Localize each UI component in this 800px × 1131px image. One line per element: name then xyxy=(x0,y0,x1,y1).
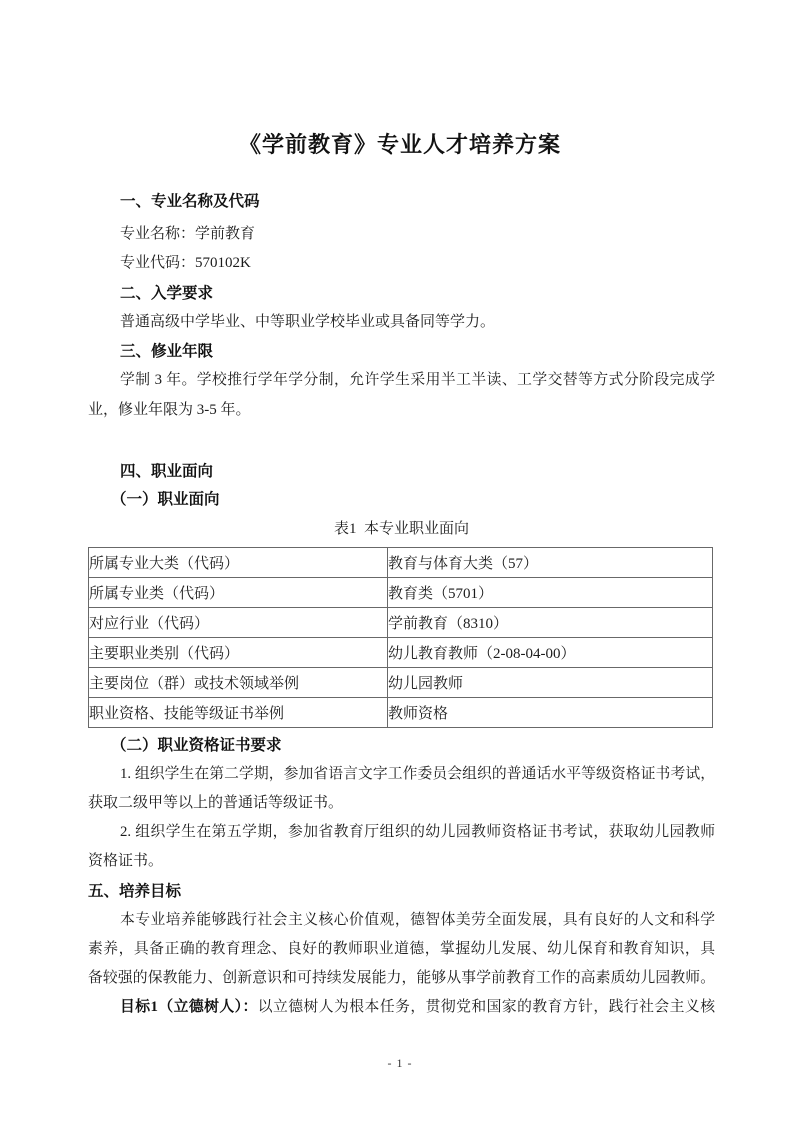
objective-para-line2: 素养，具备正确的教育理念、良好的教师职业道德，掌握幼儿发展、幼儿保育和教育知识，… xyxy=(88,939,715,960)
section4-sub1-heading: （一）职业面向 xyxy=(111,489,220,510)
table-row: 对应行业（代码） 学前教育（8310） xyxy=(89,608,713,638)
table-cell-label: 所属专业大类（代码） xyxy=(89,548,388,578)
major-name-line: 专业名称：学前教育 xyxy=(120,224,255,245)
table-cell-label: 所属专业类（代码） xyxy=(89,578,388,608)
section3-heading: 三、修业年限 xyxy=(120,341,213,362)
doc-title: 《学前教育》专业人才培养方案 xyxy=(0,128,800,159)
entry-requirement-line: 普通高级中学毕业、中等职业学校毕业或具备同等学力。 xyxy=(120,312,495,333)
table-caption: 表1 本专业职业面向 xyxy=(88,517,715,538)
table-row: 主要岗位（群）或技术领域举例 幼儿园教师 xyxy=(89,668,713,698)
table-cell-label: 主要岗位（群）或技术领域举例 xyxy=(89,668,388,698)
table-cell-value: 教师资格 xyxy=(388,698,713,728)
table-row: 主要职业类别（代码） 幼儿教育教师（2-08-04-00） xyxy=(89,638,713,668)
cert1-line1: 1. 组织学生在第二学期，参加省语言文字工作委员会组织的普通话水平等级资格证书考… xyxy=(88,764,715,785)
occupation-facing-table: 所属专业大类（代码） 教育与体育大类（57） 所属专业类（代码） 教育类（570… xyxy=(88,547,713,728)
section2-heading: 二、入学要求 xyxy=(120,283,213,304)
document-page: 《学前教育》专业人才培养方案 一、专业名称及代码 专业名称：学前教育 专业代码：… xyxy=(0,0,800,1131)
cert2-line2: 资格证书。 xyxy=(88,851,163,872)
table-cell-value: 教育类（5701） xyxy=(388,578,713,608)
cert1-line2: 获取二级甲等以上的普通话等级证书。 xyxy=(88,793,343,814)
cert2-line1: 2. 组织学生在第五学期，参加省教育厅组织的幼儿园教师资格证书考试，获取幼儿园教… xyxy=(88,822,715,843)
goal1-text: 以立德树人为根本任务，贯彻党和国家的教育方针，践行社会主义核 xyxy=(258,999,715,1015)
objective-para-line3: 备较强的保教能力、创新意识和可持续发展能力，能够从事学前教育工作的高素质幼儿园教… xyxy=(88,968,715,989)
table-row: 所属专业大类（代码） 教育与体育大类（57） xyxy=(89,548,713,578)
goal1-prefix: 目标1（立德树人）： xyxy=(120,999,258,1015)
section5-heading: 五、培养目标 xyxy=(88,881,181,902)
objective-para-line1: 本专业培养能够践行社会主义核心价值观，德智体美劳全面发展，具有良好的人文和科学 xyxy=(88,910,715,931)
page-number: - 1 - xyxy=(0,1056,800,1071)
table-cell-value: 学前教育（8310） xyxy=(388,608,713,638)
table-row: 职业资格、技能等级证书举例 教师资格 xyxy=(89,698,713,728)
table-cell-label: 职业资格、技能等级证书举例 xyxy=(89,698,388,728)
table-cell-value: 幼儿教育教师（2-08-04-00） xyxy=(388,638,713,668)
table-cell-value: 教育与体育大类（57） xyxy=(388,548,713,578)
table-cell-value: 幼儿园教师 xyxy=(388,668,713,698)
table-cell-label: 主要职业类别（代码） xyxy=(89,638,388,668)
major-code-line: 专业代码：570102K xyxy=(120,253,251,274)
goal1-line: 目标1（立德树人）：以立德树人为根本任务，贯彻党和国家的教育方针，践行社会主义核 xyxy=(88,997,715,1018)
study-period-line1: 学制 3 年。学校推行学年学分制，允许学生采用半工半读、工学交替等方式分阶段完成… xyxy=(88,370,715,391)
table-cell-label: 对应行业（代码） xyxy=(89,608,388,638)
section1-heading: 一、专业名称及代码 xyxy=(120,191,260,212)
section4-sub2-heading: （二）职业资格证书要求 xyxy=(111,735,282,756)
table-row: 所属专业类（代码） 教育类（5701） xyxy=(89,578,713,608)
section4-heading: 四、职业面向 xyxy=(120,461,213,482)
study-period-line2: 业，修业年限为 3-5 年。 xyxy=(88,400,251,421)
